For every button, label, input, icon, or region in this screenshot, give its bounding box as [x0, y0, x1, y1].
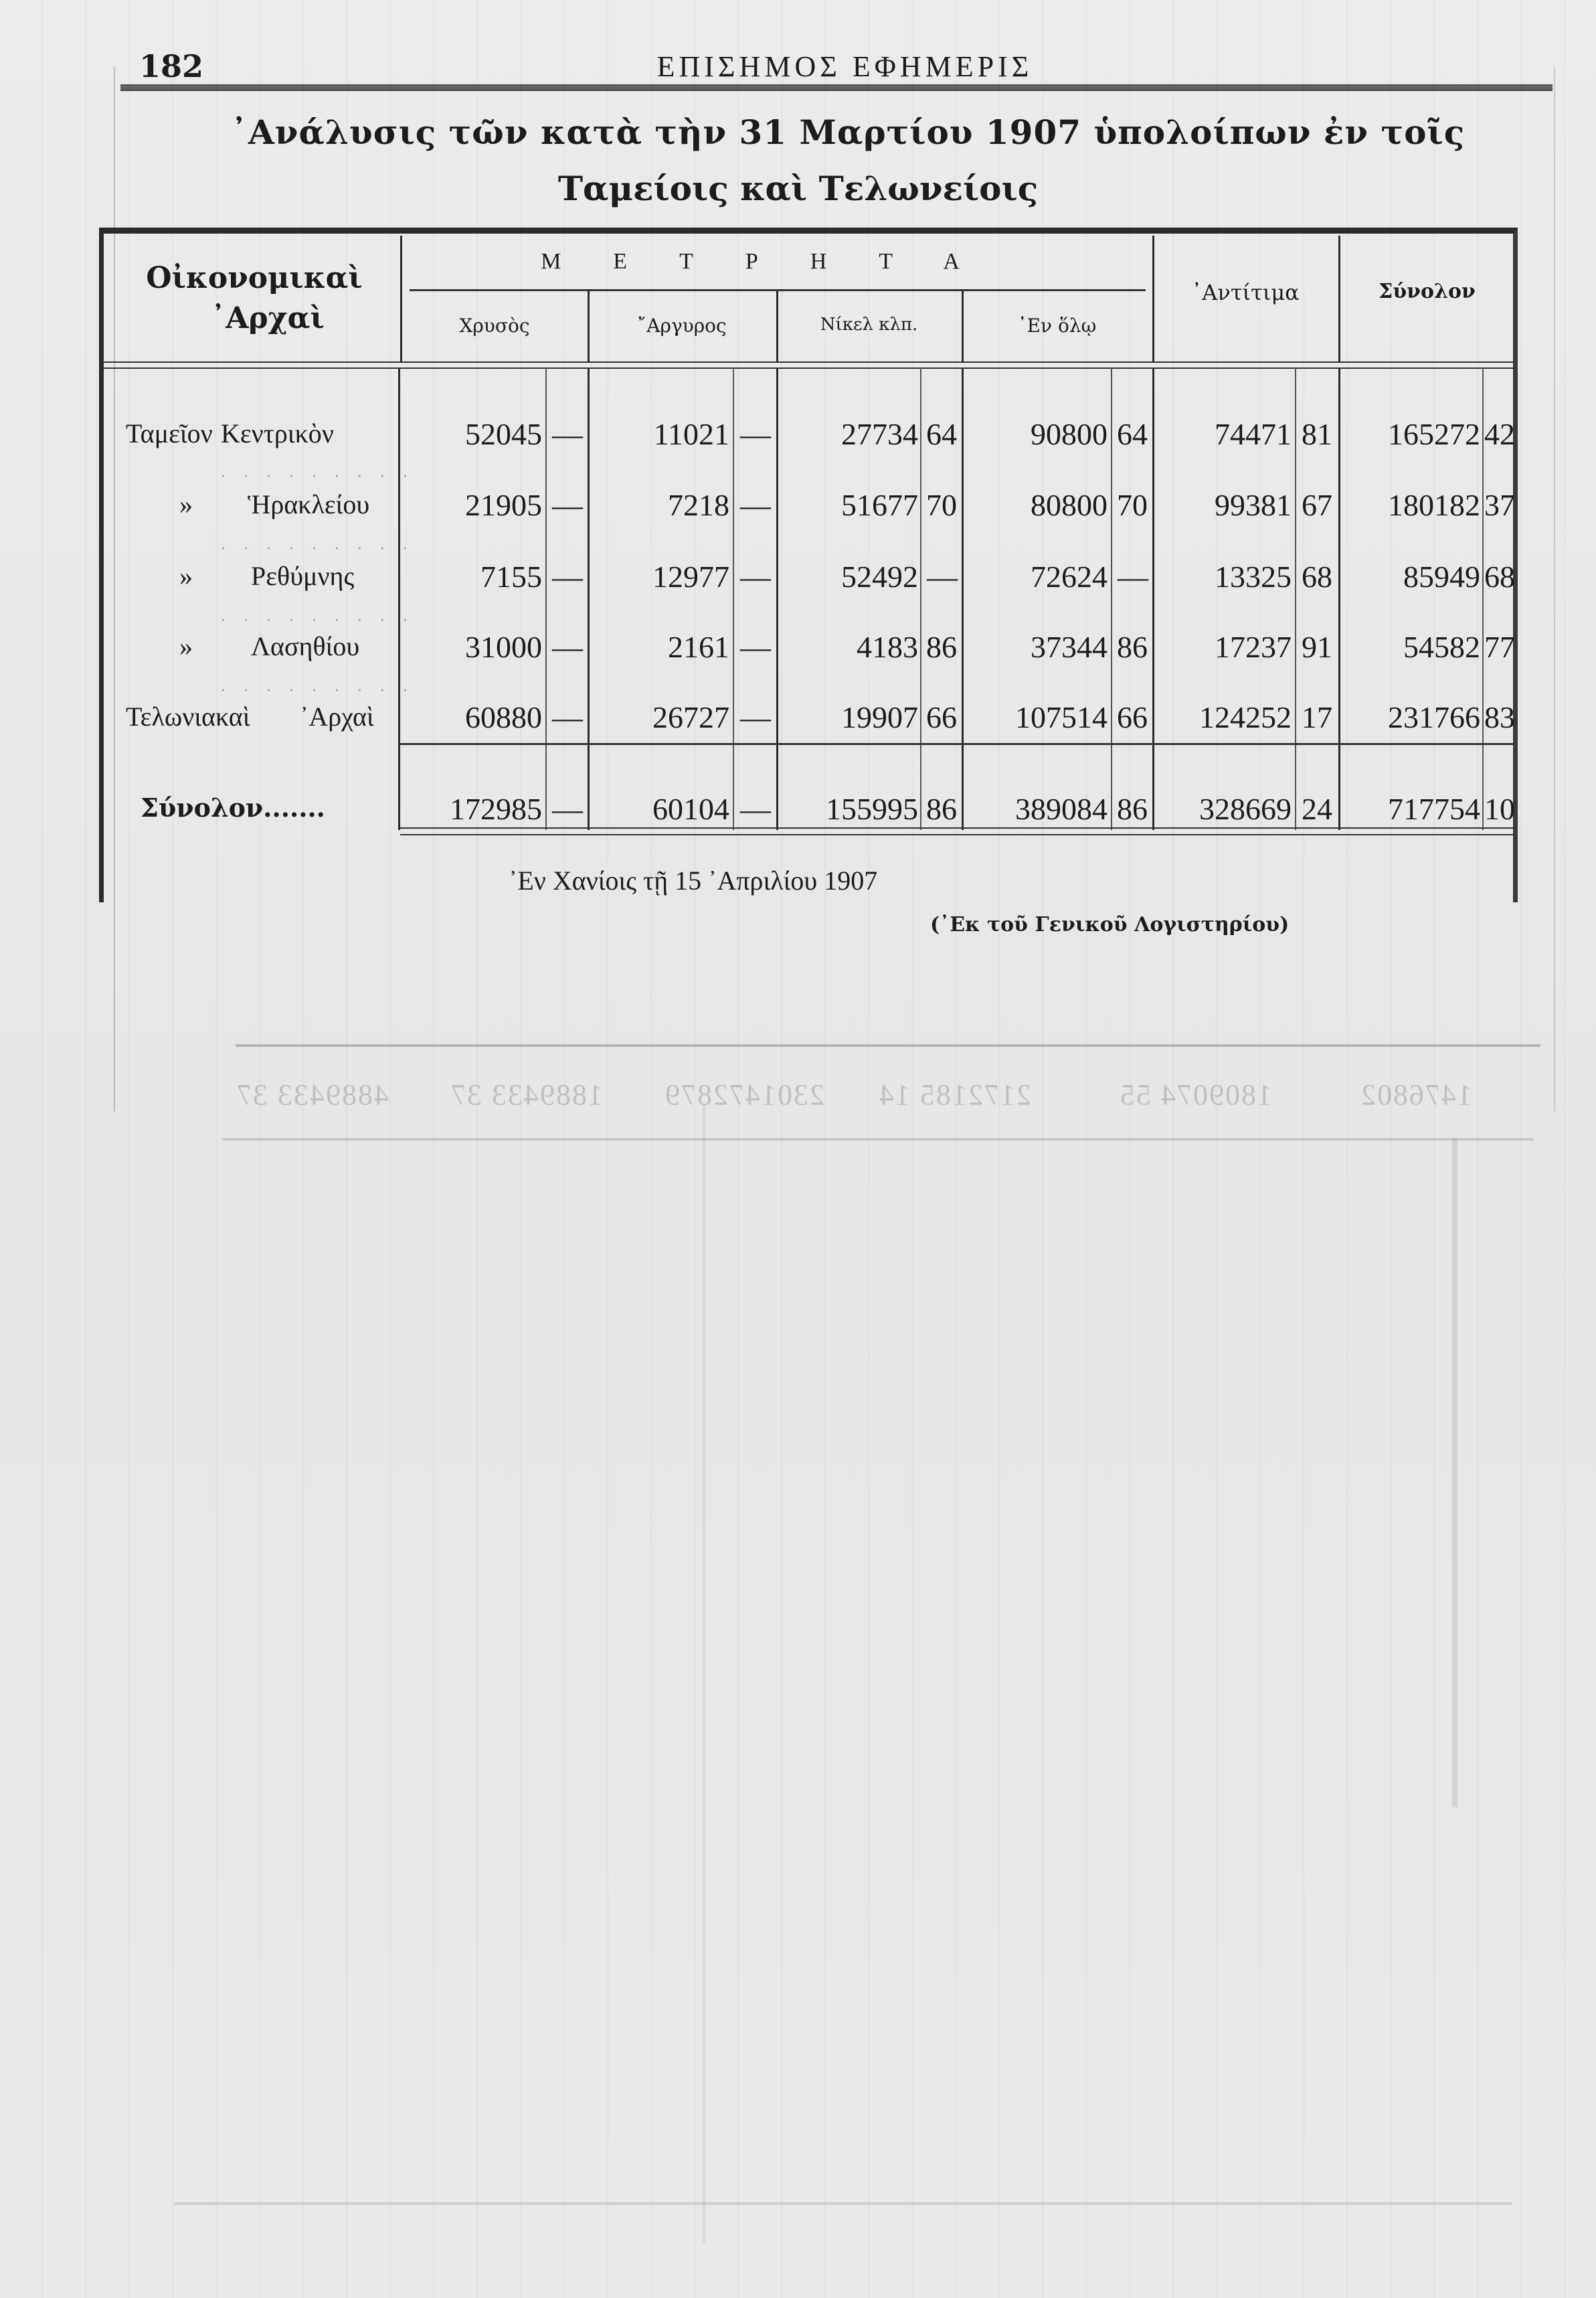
- in-all-value: 72624: [964, 559, 1107, 594]
- header-gold: Χρυσὸς: [402, 315, 588, 337]
- gold-cents: —: [547, 559, 587, 594]
- silver-cents: —: [734, 487, 776, 523]
- total-value: 165272: [1340, 416, 1480, 452]
- gold-value: 21905: [402, 487, 542, 523]
- total-cents: 37: [1484, 487, 1516, 523]
- equivalent-total: 328669: [1154, 791, 1292, 827]
- place-date: ᾽Εν Χανίοις τῇ 15 ᾽Απριλίου 1907: [509, 865, 877, 896]
- in-all-cents: 70: [1112, 487, 1152, 523]
- silver-total-cents: —: [734, 791, 776, 827]
- col-divider: [962, 291, 964, 363]
- nickel-cents: 64: [921, 416, 962, 452]
- row-prefix: »: [179, 631, 193, 662]
- nickel-value: 19907: [778, 700, 918, 735]
- equivalent-cents: 81: [1296, 416, 1338, 452]
- in-all-value: 37344: [964, 629, 1107, 665]
- equivalent-cents: 68: [1296, 559, 1338, 594]
- in-all-total-cents: 86: [1112, 791, 1152, 827]
- in-all-cents: 64: [1112, 416, 1152, 452]
- total-value: 85949: [1340, 559, 1480, 594]
- in-all-value: 90800: [964, 416, 1107, 452]
- silver-value: 2161: [589, 629, 729, 665]
- total-cents: 83: [1484, 700, 1516, 735]
- equivalent-cents: 91: [1296, 629, 1338, 665]
- gold-value: 60880: [402, 700, 542, 735]
- nickel-cents: 70: [921, 487, 962, 523]
- silver-value: 11021: [589, 416, 729, 452]
- equivalent-value: 17237: [1154, 629, 1292, 665]
- total-cents: 77: [1484, 629, 1516, 665]
- row-prefix: Ταμεῖον: [126, 418, 213, 449]
- col-divider: [1152, 236, 1154, 363]
- silver-cents: —: [734, 559, 776, 594]
- gold-value: 52045: [402, 416, 542, 452]
- header-authority: Οἰκονομικαὶ ᾽Αρχαὶ: [107, 258, 402, 339]
- in-all-value: 107514: [964, 700, 1107, 735]
- row-authority-name: ᾽Αρχαὶ: [300, 701, 374, 732]
- nickel-cents: 86: [921, 629, 962, 665]
- equivalent-value: 124252: [1154, 700, 1292, 735]
- gold-cents: —: [547, 700, 587, 735]
- row-authority-name: Κεντρικὸν: [221, 418, 334, 449]
- gold-total-cents: —: [547, 791, 587, 827]
- nickel-total: 155995: [778, 791, 918, 827]
- row-prefix: »: [179, 560, 193, 592]
- grand-total-cents: 10: [1484, 791, 1516, 827]
- running-head: ΕΠΙΣΗΜΟΣ ΕΦΗΜΕΡΙΣ: [0, 50, 1596, 84]
- col-divider: [400, 236, 402, 363]
- nickel-value: 4183: [778, 629, 918, 665]
- bleed-rule-bottom: [174, 2202, 1512, 2205]
- sum-rule: [400, 743, 1514, 745]
- row-authority-name: Ρεθύμνης: [251, 560, 354, 592]
- header-equivalent: ᾽Αντίτιμα: [1152, 280, 1338, 305]
- equivalent-cents: 67: [1296, 487, 1338, 523]
- silver-cents: —: [734, 700, 776, 735]
- header-authority-line2: ᾽Αρχαὶ: [107, 299, 402, 339]
- totals-double-rule: [400, 827, 1514, 835]
- nickel-cents: —: [921, 559, 962, 594]
- gold-total: 172985: [402, 791, 542, 827]
- header-authority-line1: Οἰκονομικαὶ: [107, 258, 402, 299]
- table-title-line2: Ταμείοις καὶ Τελωνείοις: [0, 169, 1596, 208]
- bleed-vertical-mark: [1452, 1138, 1457, 1807]
- nickel-total-cents: 86: [921, 791, 962, 827]
- in-all-cents: 86: [1112, 629, 1152, 665]
- header-total: Σύνολον: [1338, 280, 1516, 303]
- total-value: 231766: [1340, 700, 1480, 735]
- equivalent-value: 74471: [1154, 416, 1292, 452]
- gold-cents: —: [547, 416, 587, 452]
- col-divider: [1338, 236, 1340, 363]
- header-silver: ῎Αργυρος: [588, 315, 776, 337]
- in-all-value: 80800: [964, 487, 1107, 523]
- table-row: » Ρεθύμνης 7155 — 12977 — 52492 — 72624 …: [0, 546, 1596, 612]
- silver-cents: —: [734, 416, 776, 452]
- gold-value: 7155: [402, 559, 542, 594]
- silver-cents: —: [734, 629, 776, 665]
- header-bottom-rule: [104, 361, 1516, 369]
- total-value: 180182: [1340, 487, 1480, 523]
- row-authority-name: Λασηθίου: [251, 631, 359, 662]
- table-title-line1: ᾽Ανάλυσις τῶν κατὰ τὴν 31 Μαρτίου 1907 ὑ…: [231, 112, 1465, 152]
- equivalent-value: 13325: [1154, 559, 1292, 594]
- gold-value: 31000: [402, 629, 542, 665]
- in-all-cents: —: [1112, 559, 1152, 594]
- totals-label: Σύνολον.......: [141, 793, 325, 823]
- row-prefix: Τελωνιακαὶ: [126, 701, 250, 732]
- equivalent-total-cents: 24: [1296, 791, 1338, 827]
- table-row: Ταμεῖον Κεντρικὸν 52045 — 11021 — 27734 …: [0, 403, 1596, 470]
- gold-cents: —: [547, 629, 587, 665]
- nickel-value: 52492: [778, 559, 918, 594]
- nickel-value: 27734: [778, 416, 918, 452]
- header-nickel: Νίκελ κλπ.: [776, 315, 962, 335]
- header-in-all: ᾽Εν ὅλῳ: [962, 315, 1152, 337]
- header-rule: [120, 84, 1553, 91]
- row-authority-name: Ἡρακλείου: [248, 489, 369, 520]
- table-row: » Λασηθίου 31000 — 2161 — 4183 86 37344 …: [0, 616, 1596, 683]
- gold-cents: —: [547, 487, 587, 523]
- silver-total: 60104: [589, 791, 729, 827]
- table-row: » Ἡρακλείου 21905 — 7218 — 51677 70 8080…: [0, 474, 1596, 541]
- equivalent-value: 99381: [1154, 487, 1292, 523]
- in-all-cents: 66: [1112, 700, 1152, 735]
- silver-value: 7218: [589, 487, 729, 523]
- col-divider: [776, 291, 778, 363]
- silver-value: 26727: [589, 700, 729, 735]
- bleed-vertical-mark: [703, 1104, 705, 2242]
- silver-value: 12977: [589, 559, 729, 594]
- in-all-total: 389084: [964, 791, 1107, 827]
- total-value: 54582: [1340, 629, 1480, 665]
- equivalent-cents: 17: [1296, 700, 1338, 735]
- grand-total: 717754: [1340, 791, 1480, 827]
- total-cents: 68: [1484, 559, 1516, 594]
- col-divider: [588, 291, 590, 363]
- nickel-cents: 66: [921, 700, 962, 735]
- source-note: (᾽Εκ τοῦ Γενικοῦ Λογιστηρίου): [930, 913, 1289, 936]
- nickel-value: 51677: [778, 487, 918, 523]
- total-cents: 42: [1484, 416, 1516, 452]
- header-cash-group: ΜΕΤΡΗΤΑ: [402, 249, 1151, 274]
- row-prefix: »: [179, 489, 193, 520]
